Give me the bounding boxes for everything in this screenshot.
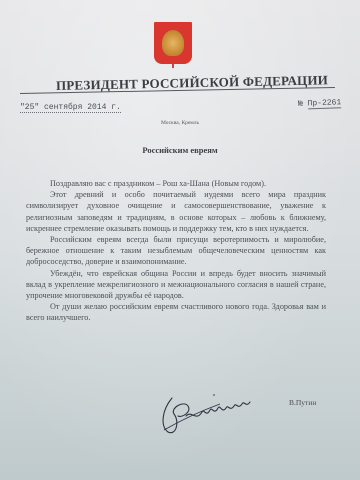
number-prefix: № <box>298 100 303 109</box>
number-value: Пр-2261 <box>307 98 341 109</box>
paragraph: Этот древний и особо почитаемый иудеями … <box>26 189 326 234</box>
double-headed-eagle-icon <box>162 30 184 56</box>
coat-of-arms-icon <box>154 22 192 64</box>
emblem-mark <box>172 64 174 68</box>
addressee-heading: Российским евреям <box>0 145 360 155</box>
paragraph: От души желаю российским евреям счастлив… <box>26 301 326 323</box>
document-number: № Пр-2261 <box>298 98 342 109</box>
signer-name: В.Путин <box>289 398 316 407</box>
letter-body: Поздравляю вас с праздником – Рош ха-Шан… <box>26 178 326 324</box>
handwritten-signature-icon <box>158 392 264 436</box>
document-date: "25" сентября 2014 г. <box>20 103 121 113</box>
paragraph: Убеждён, что еврейская община России и в… <box>26 268 326 302</box>
paragraph: Поздравляю вас с праздником – Рош ха-Шан… <box>26 178 326 189</box>
document-page: ПРЕЗИДЕНТ РОССИЙСКОЙ ФЕДЕРАЦИИ "25" сент… <box>0 0 360 480</box>
document-place: Москва, Кремль <box>0 120 360 126</box>
paragraph: Российским евреям всегда были присущи ве… <box>26 234 326 268</box>
